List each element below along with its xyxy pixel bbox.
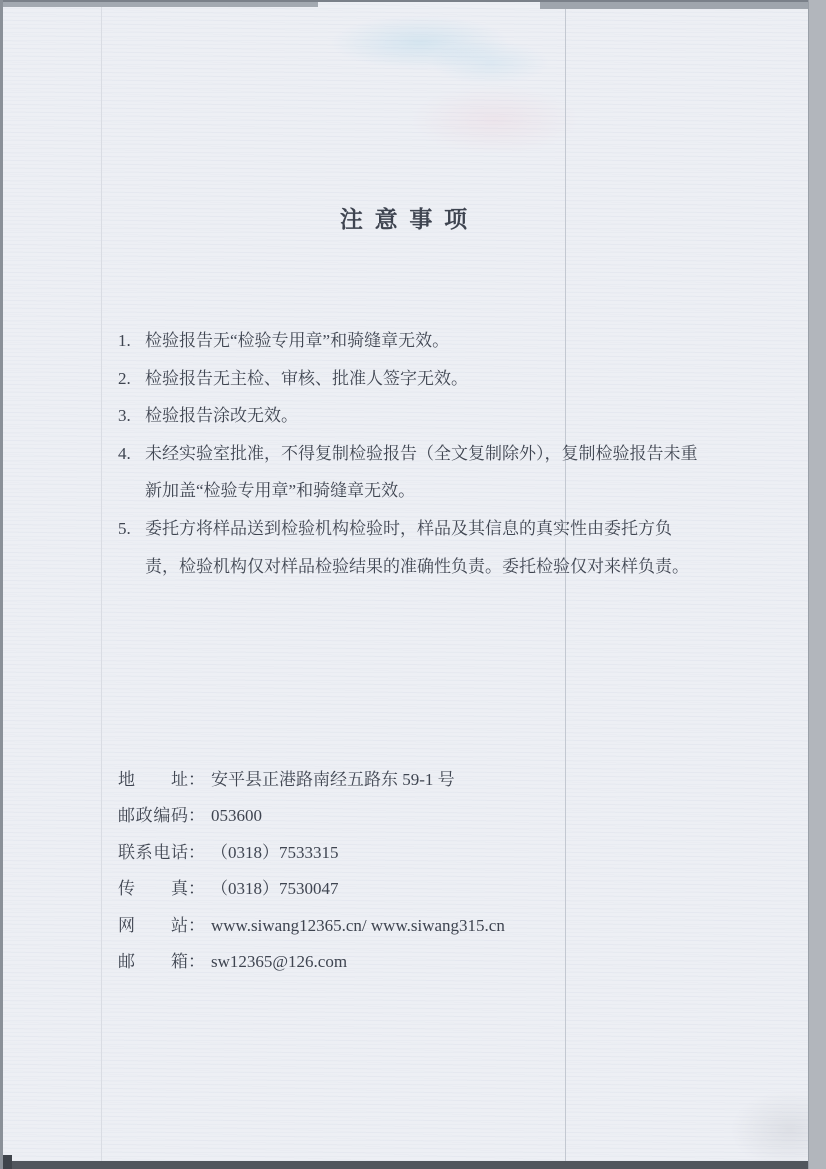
note-number: 3. xyxy=(118,397,145,435)
contact-label: 网站 xyxy=(118,908,188,944)
note-number: 1. xyxy=(118,322,145,360)
ink-bleed-smudge xyxy=(330,15,510,70)
scanner-edge-top-right xyxy=(540,2,826,9)
scanner-edge-left xyxy=(0,0,3,1169)
note-item-1: 1. 检验报告无“检验专用章”和骑缝章无效。 xyxy=(118,322,700,360)
contact-colon: ： xyxy=(188,944,205,980)
contact-value-email: sw12365@126.com xyxy=(211,944,678,980)
note-text: 检验报告无“检验专用章”和骑缝章无效。 xyxy=(145,322,700,360)
note-text: 检验报告无主检、审核、批准人签字无效。 xyxy=(145,360,700,398)
contact-value-postcode: 053600 xyxy=(211,798,678,834)
notes-list: 1. 检验报告无“检验专用章”和骑缝章无效。 2. 检验报告无主检、审核、批准人… xyxy=(118,322,700,585)
contact-label: 邮箱 xyxy=(118,944,188,980)
contact-row-email: 邮箱 ： sw12365@126.com xyxy=(118,944,678,980)
contact-colon: ： xyxy=(188,798,205,834)
contact-row-website: 网站 ： www.siwang12365.cn/ www.siwang315.c… xyxy=(118,908,678,944)
contact-value-phone: （0318）7533315 xyxy=(211,835,678,871)
ink-bleed-smudge xyxy=(430,40,550,85)
contact-colon: ： xyxy=(188,871,205,907)
contact-label: 地址 xyxy=(118,762,188,798)
note-item-2: 2. 检验报告无主检、审核、批准人签字无效。 xyxy=(118,360,700,398)
stamp-bleed-smudge xyxy=(410,85,580,155)
contact-block: 地址 ： 安平县正港路南经五路东 59-1 号 邮政编码 ： 053600 联系… xyxy=(118,762,678,980)
contact-label: 邮政编码 xyxy=(118,798,188,834)
note-number: 4. xyxy=(118,435,145,510)
note-item-5: 5. 委托方将样品送到检验机构检验时，样品及其信息的真实性由委托方负责，检验机构… xyxy=(118,510,700,585)
contact-row-phone: 联系电话 ： （0318）7533315 xyxy=(118,835,678,871)
contact-label: 传真 xyxy=(118,871,188,907)
contact-value-address: 安平县正港路南经五路东 59-1 号 xyxy=(211,762,678,798)
note-item-3: 3. 检验报告涂改无效。 xyxy=(118,397,700,435)
contact-row-postcode: 邮政编码 ： 053600 xyxy=(118,798,678,834)
note-text: 委托方将样品送到检验机构检验时，样品及其信息的真实性由委托方负责，检验机构仅对样… xyxy=(145,510,700,585)
note-item-4: 4. 未经实验室批准，不得复制检验报告（全文复制除外），复制检验报告未重新加盖“… xyxy=(118,435,700,510)
contact-colon: ： xyxy=(188,762,205,798)
scanner-edge-top-left xyxy=(0,2,318,7)
scanned-document-page: 注 意 事 项 1. 检验报告无“检验专用章”和骑缝章无效。 2. 检验报告无主… xyxy=(0,0,826,1169)
underlying-page-edge-line xyxy=(101,0,102,1169)
note-number: 2. xyxy=(118,360,145,398)
note-text: 检验报告涂改无效。 xyxy=(145,397,700,435)
scanner-edge-bottom xyxy=(0,1161,826,1169)
contact-colon: ： xyxy=(188,835,205,871)
contact-value-website: www.siwang12365.cn/ www.siwang315.cn xyxy=(211,908,678,944)
note-number: 5. xyxy=(118,510,145,585)
page-title: 注 意 事 项 xyxy=(0,201,810,234)
note-text: 未经实验室批准，不得复制检验报告（全文复制除外），复制检验报告未重新加盖“检验专… xyxy=(145,435,700,510)
contact-row-address: 地址 ： 安平县正港路南经五路东 59-1 号 xyxy=(118,762,678,798)
contact-row-fax: 传真 ： （0318）7530047 xyxy=(118,871,678,907)
scanner-edge-right xyxy=(808,0,826,1169)
contact-label: 联系电话 xyxy=(118,835,188,871)
contact-value-fax: （0318）7530047 xyxy=(211,871,678,907)
contact-colon: ： xyxy=(188,908,205,944)
